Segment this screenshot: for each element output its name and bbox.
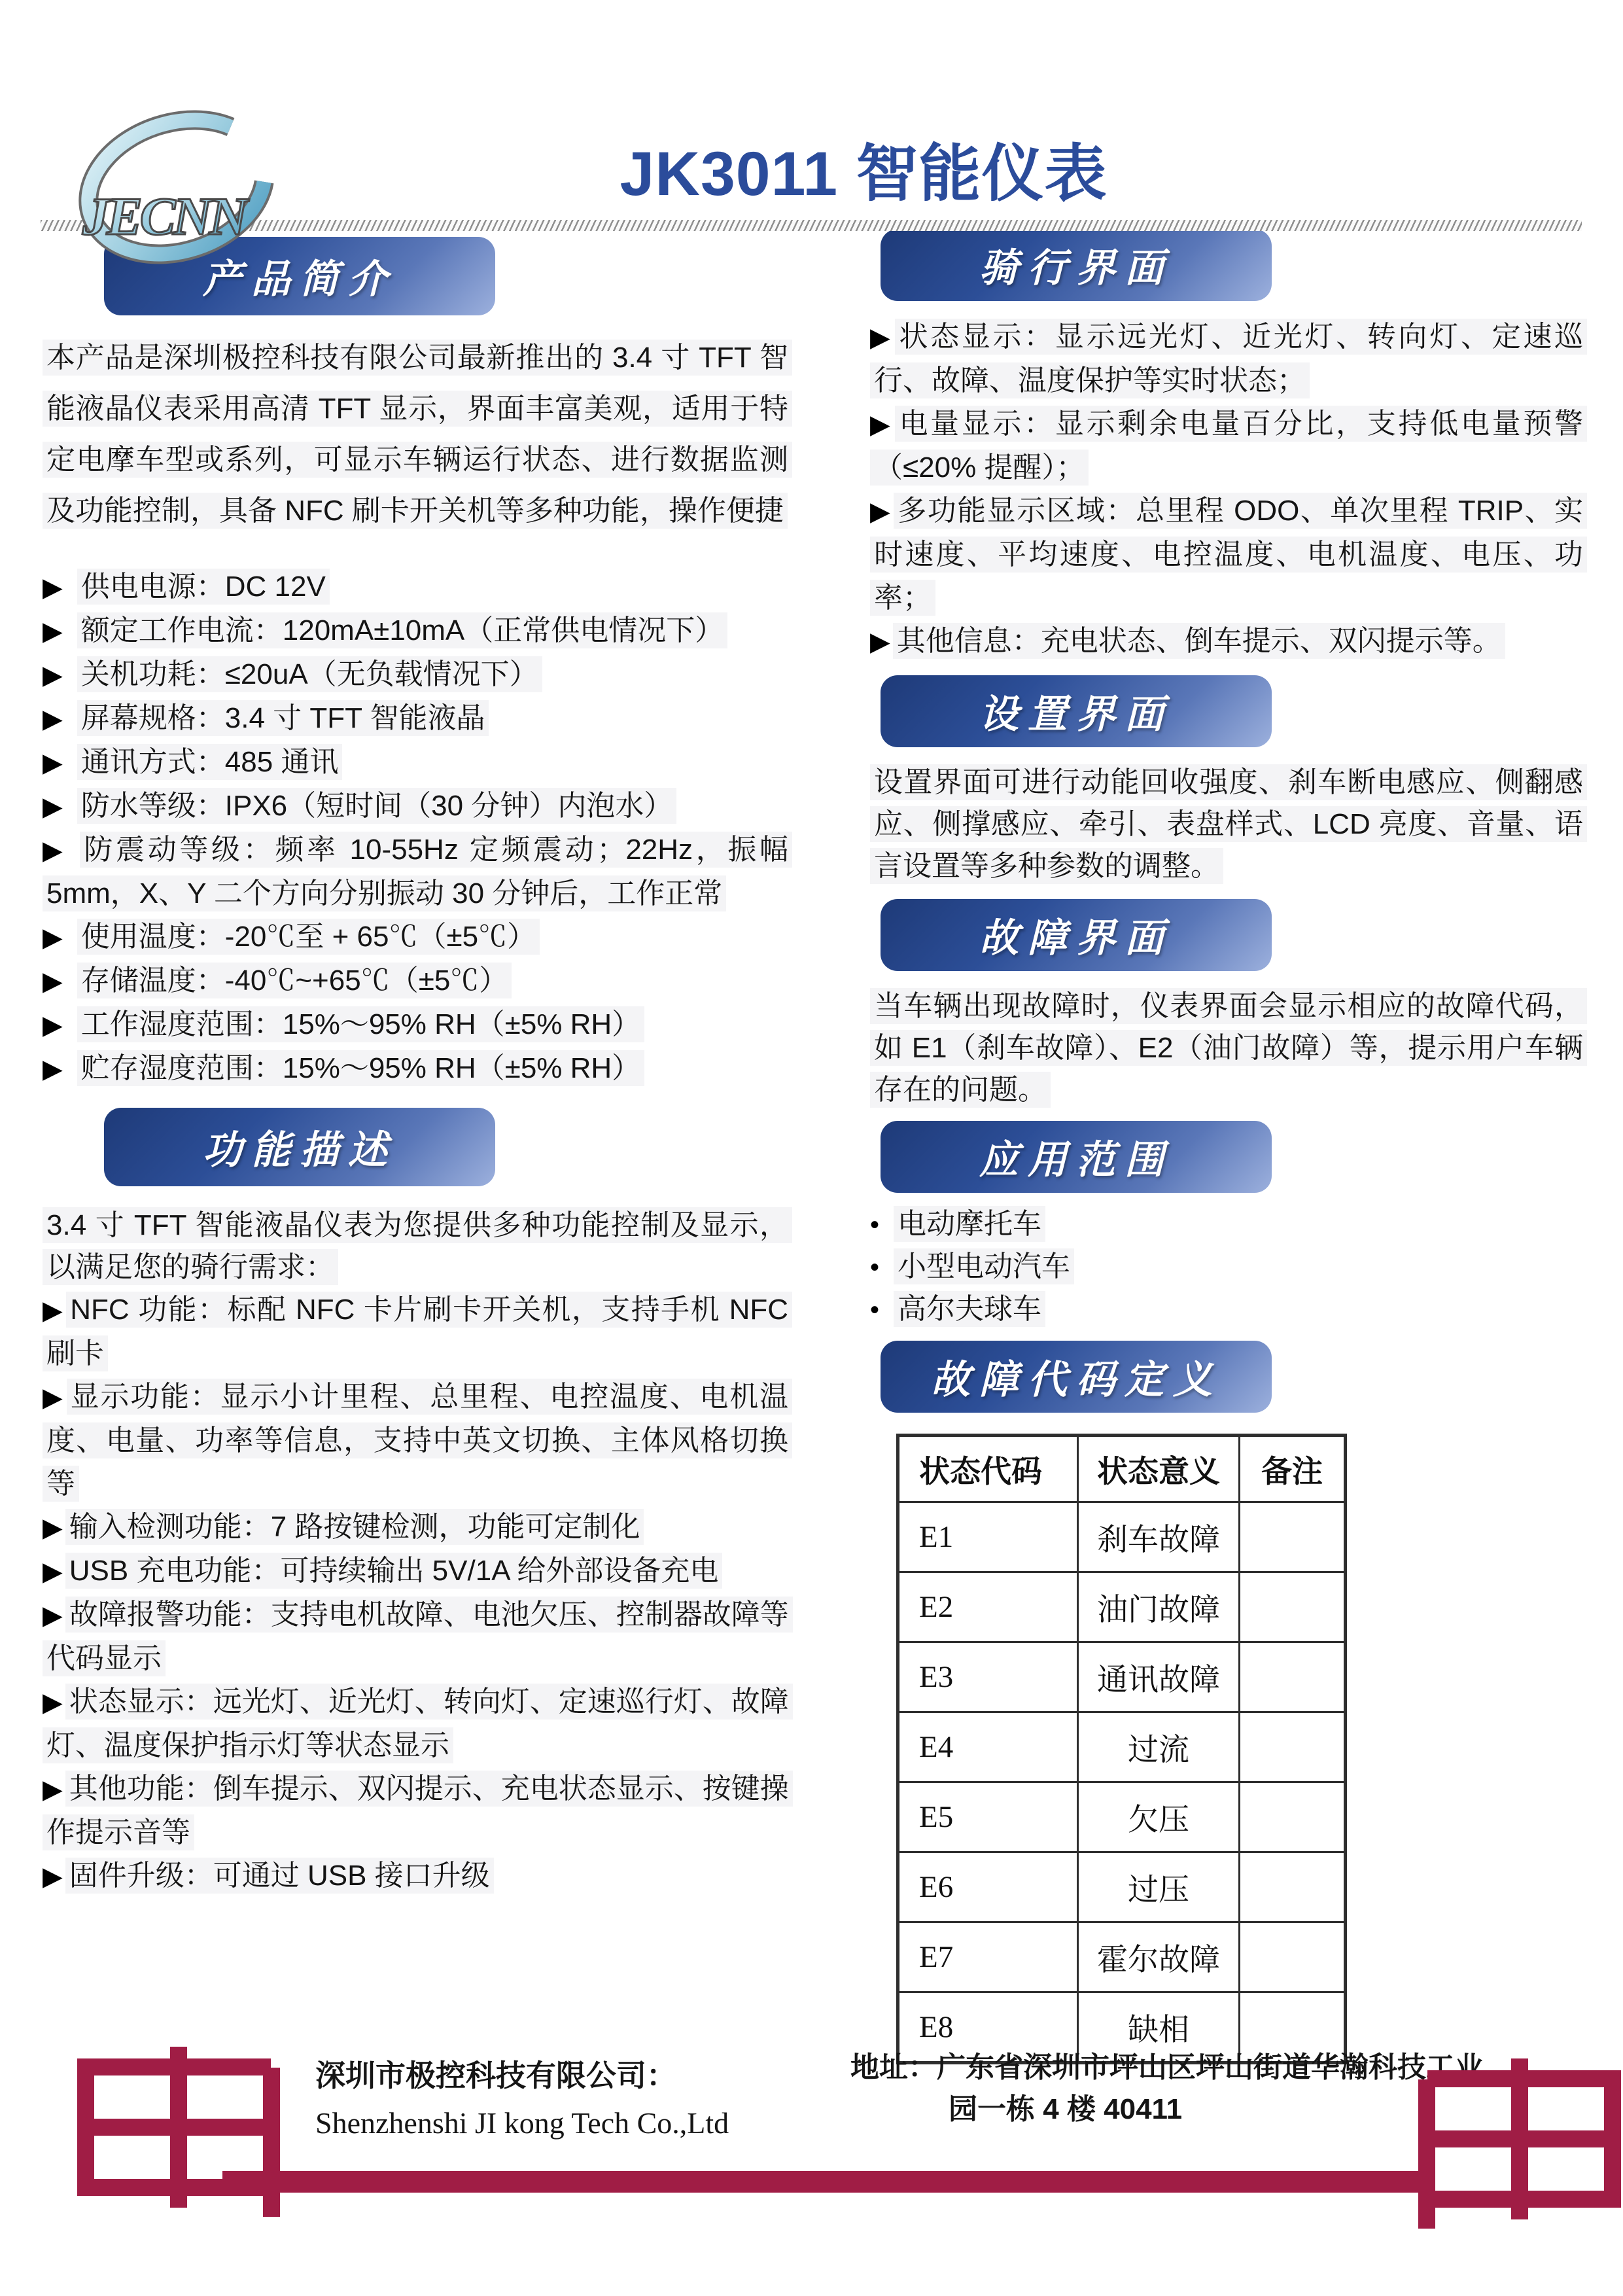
spec-item: ▶工作湿度范围：15%～95% RH（±5% RH） <box>43 1003 792 1047</box>
triangle-bullet-icon: ▶ <box>43 1513 63 1542</box>
triangle-bullet-icon: ▶ <box>870 410 892 439</box>
right-column: 骑行界面 ▶状态显示：显示远光灯、近光灯、转向灯、定速巡行、故障、温度保护等实时… <box>870 229 1587 2064</box>
function-list: ▶NFC 功能：标配 NFC 卡片刷卡开关机，支持手机 NFC 刷卡▶显示功能：… <box>43 1288 792 1898</box>
triangle-bullet-icon: ▶ <box>43 1688 63 1717</box>
application-item: •小型电动汽车 <box>870 1246 1587 1288</box>
spec-item: ▶贮存湿度范围：15%～95% RH（±5% RH） <box>43 1047 792 1091</box>
section-header-applications: 应用范围 <box>881 1121 1272 1193</box>
table-cell: 过流 <box>1078 1712 1240 1782</box>
logo-text: JECNN <box>82 186 250 246</box>
triangle-bullet-icon: ▶ <box>43 573 63 602</box>
fault-code-table: 状态代码状态意义备注E1刹车故障E2油门故障E3通讯故障E4过流E5欠压E6过压… <box>896 1434 1347 2064</box>
item-text: 存储温度：-40℃~+65℃（±5℃） <box>77 963 512 998</box>
table-cell <box>1240 1642 1346 1712</box>
section-header-fault-ui: 故障界面 <box>881 899 1272 971</box>
triangle-bullet-icon: ▶ <box>43 1011 63 1040</box>
lattice-ornament-right <box>1418 2058 1621 2229</box>
triangle-bullet-icon: ▶ <box>43 967 63 996</box>
item-text: 小型电动汽车 <box>894 1248 1074 1284</box>
spec-item: ▶供电电源：DC 12V <box>43 565 792 609</box>
jecnn-logo: JECNN <box>72 96 281 287</box>
table-cell: E2 <box>898 1572 1078 1642</box>
function-item: ▶输入检测功能：7 路按键检测，功能可定制化 <box>43 1506 792 1549</box>
dot-bullet-icon: • <box>870 1253 879 1282</box>
section-title: 设置界面 <box>979 683 1173 739</box>
applications-list: •电动摩托车•小型电动汽车•高尔夫球车 <box>870 1203 1587 1331</box>
paragraph-text: 当车辆出现故障时，仪表界面会显示相应的故障代码，如 E1（刹车故障）、E2（油门… <box>870 988 1587 1108</box>
triangle-bullet-icon: ▶ <box>43 1055 63 1084</box>
table-row: E5欠压 <box>898 1782 1346 1852</box>
paragraph-text: 设置界面可进行动能回收强度、刹车断电感应、侧翻感应、侧撑感应、牵引、表盘样式、L… <box>870 764 1587 884</box>
section-title: 功能描述 <box>203 1119 396 1175</box>
triangle-bullet-icon: ▶ <box>43 1383 64 1412</box>
application-item: •电动摩托车 <box>870 1203 1587 1246</box>
spec-item: ▶使用温度：-20℃至 + 65℃（±5℃） <box>43 915 792 959</box>
item-text: 通讯方式：485 通讯 <box>77 744 343 780</box>
triangle-bullet-icon: ▶ <box>870 497 891 526</box>
paragraph-text: 3.4 寸 TFT 智能液晶仪表为您提供多种功能控制及显示，以满足您的骑行需求： <box>43 1207 792 1285</box>
item-text: 电动摩托车 <box>894 1206 1045 1242</box>
spec-item: ▶防水等级：IPX6（短时间（30 分钟）内泡水） <box>43 785 792 828</box>
function-desc-intro: 3.4 寸 TFT 智能液晶仪表为您提供多种功能控制及显示，以满足您的骑行需求： <box>43 1205 792 1288</box>
footer-accent-bar <box>222 2171 1433 2193</box>
footer-address-block: 地址：广东省深圳市坪山区坪山街道华瀚科技工业 园一栋 4 楼 40411 <box>850 2047 1484 2130</box>
function-item: ▶显示功能：显示小计里程、总里程、电控温度、电机温度、电量、功率等信息，支持中英… <box>43 1375 792 1506</box>
item-text: 屏幕规格：3.4 寸 TFT 智能液晶 <box>77 700 489 736</box>
table-cell: E3 <box>898 1642 1078 1712</box>
table-cell: 通讯故障 <box>1078 1642 1240 1712</box>
table-row: E2油门故障 <box>898 1572 1346 1642</box>
table-cell: 刹车故障 <box>1078 1502 1240 1572</box>
item-text: 工作湿度范围：15%～95% RH（±5% RH） <box>77 1006 644 1042</box>
triangle-bullet-icon: ▶ <box>43 1775 63 1804</box>
item-text: 多功能显示区域：总里程 ODO、单次里程 TRIP、实时速度、平均速度、电控温度… <box>870 493 1587 616</box>
item-text: 使用温度：-20℃至 + 65℃（±5℃） <box>77 919 540 955</box>
section-title: 故障代码定义 <box>931 1349 1221 1405</box>
table-cell: E1 <box>898 1502 1078 1572</box>
function-item: ▶固件升级：可通过 USB 接口升级 <box>43 1854 792 1898</box>
riding-ui-item: ▶其他信息：充电状态、倒车提示、双闪提示等。 <box>870 620 1587 663</box>
triangle-bullet-icon: ▶ <box>43 661 63 690</box>
item-text: 故障报警功能：支持电机故障、电池欠压、控制器故障等代码显示 <box>43 1597 793 1676</box>
item-text: 其他功能：倒车提示、双闪提示、充电状态显示、按键操作提示音等 <box>43 1771 793 1850</box>
settings-ui-paragraph: 设置界面可进行动能回收强度、刹车断电感应、侧翻感应、侧撑感应、牵引、表盘样式、L… <box>870 762 1587 887</box>
paragraph-text: 本产品是深圳极控科技有限公司最新推出的 3.4 寸 TFT 智能液晶仪表采用高清… <box>43 340 792 529</box>
riding-ui-item: ▶状态显示：显示远光灯、近光灯、转向灯、定速巡行、故障、温度保护等实时状态； <box>870 315 1587 402</box>
item-text: 供电电源：DC 12V <box>77 569 330 605</box>
item-text: 高尔夫球车 <box>894 1291 1045 1327</box>
table-cell <box>1240 1502 1346 1572</box>
section-title: 骑行界面 <box>979 237 1173 293</box>
table-cell: 过压 <box>1078 1852 1240 1922</box>
application-item: •高尔夫球车 <box>870 1288 1587 1331</box>
table-cell: 霍尔故障 <box>1078 1922 1240 1992</box>
item-text: 防水等级：IPX6（短时间（30 分钟）内泡水） <box>77 788 677 824</box>
spec-item: ▶额定工作电流：120mA±10mA（正常供电情况下） <box>43 609 792 653</box>
item-text: 防震动等级：频率 10-55Hz 定频震动；22Hz，振幅5mm，X、Y 二个方… <box>43 832 792 911</box>
function-item: ▶其他功能：倒车提示、双闪提示、充电状态显示、按键操作提示音等 <box>43 1767 792 1854</box>
table-row: E6过压 <box>898 1852 1346 1922</box>
item-text: 贮存湿度范围：15%～95% RH（±5% RH） <box>77 1050 644 1086</box>
item-text: 输入检测功能：7 路按键检测，功能可定制化 <box>65 1509 644 1545</box>
spec-item: ▶存储温度：-40℃~+65℃（±5℃） <box>43 959 792 1003</box>
table-cell <box>1240 1922 1346 1992</box>
table-cell <box>1240 1852 1346 1922</box>
triangle-bullet-icon: ▶ <box>43 792 63 821</box>
table-cell: E4 <box>898 1712 1078 1782</box>
spec-item: ▶防震动等级：频率 10-55Hz 定频震动；22Hz，振幅5mm，X、Y 二个… <box>43 828 792 915</box>
function-item: ▶USB 充电功能：可持续输出 5V/1A 给外部设备充电 <box>43 1549 792 1593</box>
triangle-bullet-icon: ▶ <box>870 627 890 656</box>
lattice-ornament-left <box>77 2047 280 2217</box>
table-cell: E5 <box>898 1782 1078 1852</box>
item-text: USB 充电功能：可持续输出 5V/1A 给外部设备充电 <box>65 1553 723 1589</box>
address-line-1: 地址：广东省深圳市坪山区坪山街道华瀚科技工业 <box>850 2047 1484 2089</box>
triangle-bullet-icon: ▶ <box>870 323 892 352</box>
triangle-bullet-icon: ▶ <box>43 836 65 865</box>
triangle-bullet-icon: ▶ <box>43 1862 63 1891</box>
table-cell <box>1240 1782 1346 1852</box>
datasheet-page: JECNN JK3011 智能仪表 产品简介 本产品是深圳极控科技有限公司最新推… <box>0 0 1623 2296</box>
triangle-bullet-icon: ▶ <box>43 1601 63 1630</box>
table-row: E3通讯故障 <box>898 1642 1346 1712</box>
spec-item: ▶屏幕规格：3.4 寸 TFT 智能液晶 <box>43 697 792 741</box>
section-title: 故障界面 <box>979 907 1173 963</box>
item-text: 电量显示：显示剩余电量百分比，支持低电量预警（≤20% 提醒）； <box>870 406 1587 486</box>
column-header: 状态意义 <box>1078 1436 1240 1502</box>
table-row: E7霍尔故障 <box>898 1922 1346 1992</box>
triangle-bullet-icon: ▶ <box>43 1296 63 1325</box>
section-title: 应用范围 <box>979 1129 1173 1185</box>
fault-ui-paragraph: 当车辆出现故障时，仪表界面会显示相应的故障代码，如 E1（刹车故障）、E2（油门… <box>870 985 1587 1111</box>
item-text: 其他信息：充电状态、倒车提示、双闪提示等。 <box>893 623 1505 659</box>
section-header-riding-ui: 骑行界面 <box>881 229 1272 301</box>
left-column: 产品简介 本产品是深圳极控科技有限公司最新推出的 3.4 寸 TFT 智能液晶仪… <box>43 237 792 1898</box>
table-cell <box>1240 1572 1346 1642</box>
table-cell: E7 <box>898 1922 1078 1992</box>
item-text: NFC 功能：标配 NFC 卡片刷卡开关机，支持手机 NFC 刷卡 <box>43 1292 792 1371</box>
company-name-en: Shenzhenshi JI kong Tech Co.,Ltd <box>315 2106 729 2140</box>
function-item: ▶状态显示：远光灯、近光灯、转向灯、定速巡行灯、故障灯、温度保护指示灯等状态显示 <box>43 1680 792 1767</box>
section-header-fault-codes: 故障代码定义 <box>881 1341 1272 1413</box>
riding-ui-item: ▶电量显示：显示剩余电量百分比，支持低电量预警（≤20% 提醒）； <box>870 402 1587 489</box>
spec-list: ▶供电电源：DC 12V▶额定工作电流：120mA±10mA（正常供电情况下）▶… <box>43 565 792 1091</box>
table-row: E1刹车故障 <box>898 1502 1346 1572</box>
spec-item: ▶关机功耗：≤20uA（无负载情况下） <box>43 653 792 697</box>
spec-item: ▶通讯方式：485 通讯 <box>43 741 792 785</box>
riding-ui-item: ▶多功能显示区域：总里程 ODO、单次里程 TRIP、实时速度、平均速度、电控温… <box>870 489 1587 620</box>
triangle-bullet-icon: ▶ <box>43 1557 63 1586</box>
section-header-settings-ui: 设置界面 <box>881 675 1272 747</box>
triangle-bullet-icon: ▶ <box>43 749 63 777</box>
table-cell: 油门故障 <box>1078 1572 1240 1642</box>
item-text: 状态显示：显示远光灯、近光灯、转向灯、定速巡行、故障、温度保护等实时状态； <box>870 319 1587 398</box>
table-cell: E6 <box>898 1852 1078 1922</box>
page-title: JK3011 智能仪表 <box>576 124 1151 213</box>
address-line-2: 园一栋 4 楼 40411 <box>949 2089 1484 2130</box>
triangle-bullet-icon: ▶ <box>43 923 63 952</box>
riding-ui-list: ▶状态显示：显示远光灯、近光灯、转向灯、定速巡行、故障、温度保护等实时状态；▶电… <box>870 315 1587 663</box>
item-text: 关机功耗：≤20uA（无负载情况下） <box>77 656 542 692</box>
table-header-row: 状态代码状态意义备注 <box>898 1436 1346 1502</box>
triangle-bullet-icon: ▶ <box>43 705 63 733</box>
table-cell <box>1240 1712 1346 1782</box>
function-item: ▶故障报警功能：支持电机故障、电池欠压、控制器故障等代码显示 <box>43 1593 792 1680</box>
dot-bullet-icon: • <box>870 1296 879 1324</box>
function-item: ▶NFC 功能：标配 NFC 卡片刷卡开关机，支持手机 NFC 刷卡 <box>43 1288 792 1375</box>
column-header: 状态代码 <box>898 1436 1078 1502</box>
section-header-function-desc: 功能描述 <box>104 1108 495 1186</box>
table-row: E4过流 <box>898 1712 1346 1782</box>
item-text: 额定工作电流：120mA±10mA（正常供电情况下） <box>77 612 728 648</box>
product-intro-paragraph: 本产品是深圳极控科技有限公司最新推出的 3.4 寸 TFT 智能液晶仪表采用高清… <box>43 332 792 537</box>
item-text: 显示功能：显示小计里程、总里程、电控温度、电机温度、电量、功率等信息，支持中英文… <box>43 1379 792 1502</box>
company-name-cn: 深圳市极控科技有限公司： <box>315 2052 729 2095</box>
dot-bullet-icon: • <box>870 1210 879 1239</box>
triangle-bullet-icon: ▶ <box>43 617 63 646</box>
item-text: 固件升级：可通过 USB 接口升级 <box>65 1858 494 1894</box>
footer-company-block: 深圳市极控科技有限公司： Shenzhenshi JI kong Tech Co… <box>315 2052 729 2140</box>
column-header: 备注 <box>1240 1436 1346 1502</box>
table-cell: 欠压 <box>1078 1782 1240 1852</box>
item-text: 状态显示：远光灯、近光灯、转向灯、定速巡行灯、故障灯、温度保护指示灯等状态显示 <box>43 1684 793 1763</box>
